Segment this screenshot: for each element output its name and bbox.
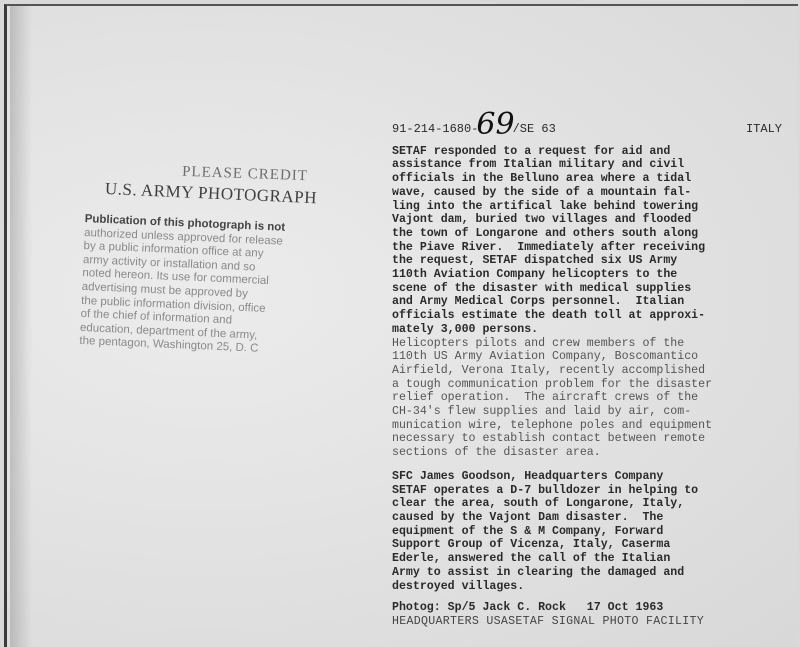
caption-paragraphs: SETAF responded to a request for aid and…	[392, 145, 782, 594]
caption-header: 91-214-1680-69/SE 63 ITALY	[392, 116, 782, 137]
stamp-publication-notice: Publication of this photograph is notaut…	[79, 213, 365, 361]
paper-edge-shadow	[10, 6, 32, 647]
reference-prefix: 91-214-1680-	[392, 122, 478, 136]
caption-paragraph: SFC James Goodson, Headquarters Company …	[392, 470, 782, 593]
paragraph-gap	[392, 460, 782, 470]
photographer-credit: Photog: Sp/5 Jack C. Rock 17 Oct 1963	[392, 601, 782, 615]
reference-suffix: /SE 63	[513, 122, 556, 136]
typed-caption: 91-214-1680-69/SE 63 ITALY SETAF respond…	[392, 116, 782, 629]
reference-number: 91-214-1680-69/SE 63	[392, 116, 556, 137]
facility-line: HEADQUARTERS USASETAF SIGNAL PHOTO FACIL…	[392, 615, 782, 629]
handwritten-number: 69	[476, 107, 514, 142]
caption-paragraph: SETAF responded to a request for aid and…	[392, 145, 782, 337]
photo-back-document: PLEASE CREDIT U.S. ARMY PHOTOGRAPH Publi…	[4, 4, 798, 647]
caption-paragraph: Helicopters pilots and crew members of t…	[392, 337, 782, 460]
credit-stamp: PLEASE CREDIT U.S. ARMY PHOTOGRAPH Publi…	[85, 166, 365, 349]
location-tag: ITALY	[746, 123, 782, 137]
